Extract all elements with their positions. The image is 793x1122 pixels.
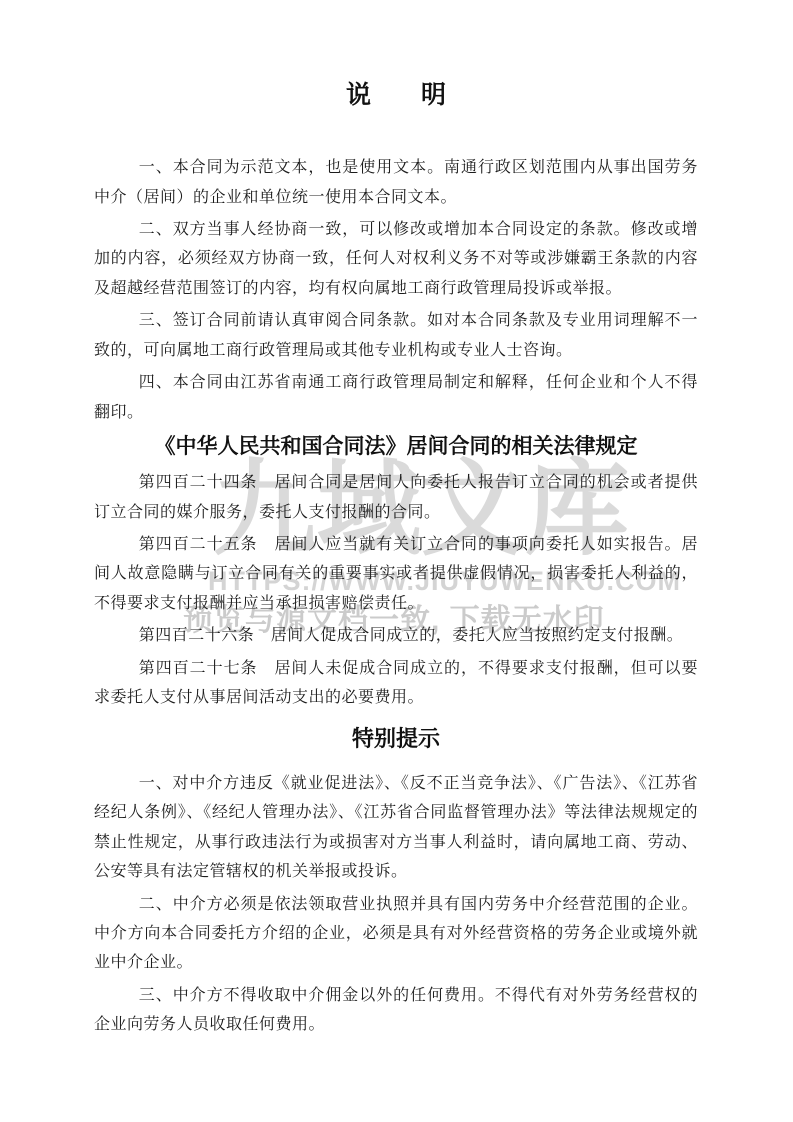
law-paragraph-425: 第四百二十五条 居间人应当就有关订立合同的事项向委托人如实报告。居间人故意隐瞒与… xyxy=(94,530,698,618)
law-section-heading: 《中华人民共和国合同法》居间合同的相关法律规定 xyxy=(94,433,698,460)
intro-paragraph-3: 三、签订合同前请认真审阅合同条款。如对本合同条款及专业用词理解不一致的，可向属地… xyxy=(94,306,698,365)
law-paragraph-424: 第四百二十四条 居间合同是居间人向委托人报告订立合同的机会或者提供订立合同的媒介… xyxy=(94,468,698,527)
notice-paragraph-1: 一、对中介方违反《就业促进法》、《反不正当竞争法》、《广告法》、《江苏省经纪人条… xyxy=(94,769,698,887)
document-page: 九域文库 HTTPS://WWW.JIUYUWENKU.COM 预览与源文档一致… xyxy=(0,0,793,1122)
page-title: 说 明 xyxy=(94,80,698,111)
notice-paragraph-3: 三、中介方不得收取中介佣金以外的任何费用。不得代有对外劳务经营权的企业向劳务人员… xyxy=(94,981,698,1040)
notice-section-heading: 特别提示 xyxy=(94,725,698,754)
intro-paragraph-1: 一、本合同为示范文本，也是使用文本。南通行政区划范围内从事出国劳务中介（居间）的… xyxy=(94,153,698,212)
law-paragraph-427: 第四百二十七条 居间人未促成合同成立的，不得要求支付报酬，但可以要求委托人支付从… xyxy=(94,654,698,713)
intro-paragraph-4: 四、本合同由江苏省南通工商行政管理局制定和解释，任何企业和个人不得翻印。 xyxy=(94,368,698,427)
intro-paragraph-2: 二、双方当事人经协商一致，可以修改或增加本合同设定的条款。修改或增加的内容，必须… xyxy=(94,215,698,303)
document-content: 说 明 一、本合同为示范文本，也是使用文本。南通行政区划范围内从事出国劳务中介（… xyxy=(0,0,793,1040)
notice-paragraph-2: 二、中介方必须是依法领取营业执照并具有国内劳务中介经营范围的企业。中介方向本合同… xyxy=(94,890,698,978)
law-paragraph-426: 第四百二十六条 居间人促成合同成立的，委托人应当按照约定支付报酬。 xyxy=(94,621,698,650)
